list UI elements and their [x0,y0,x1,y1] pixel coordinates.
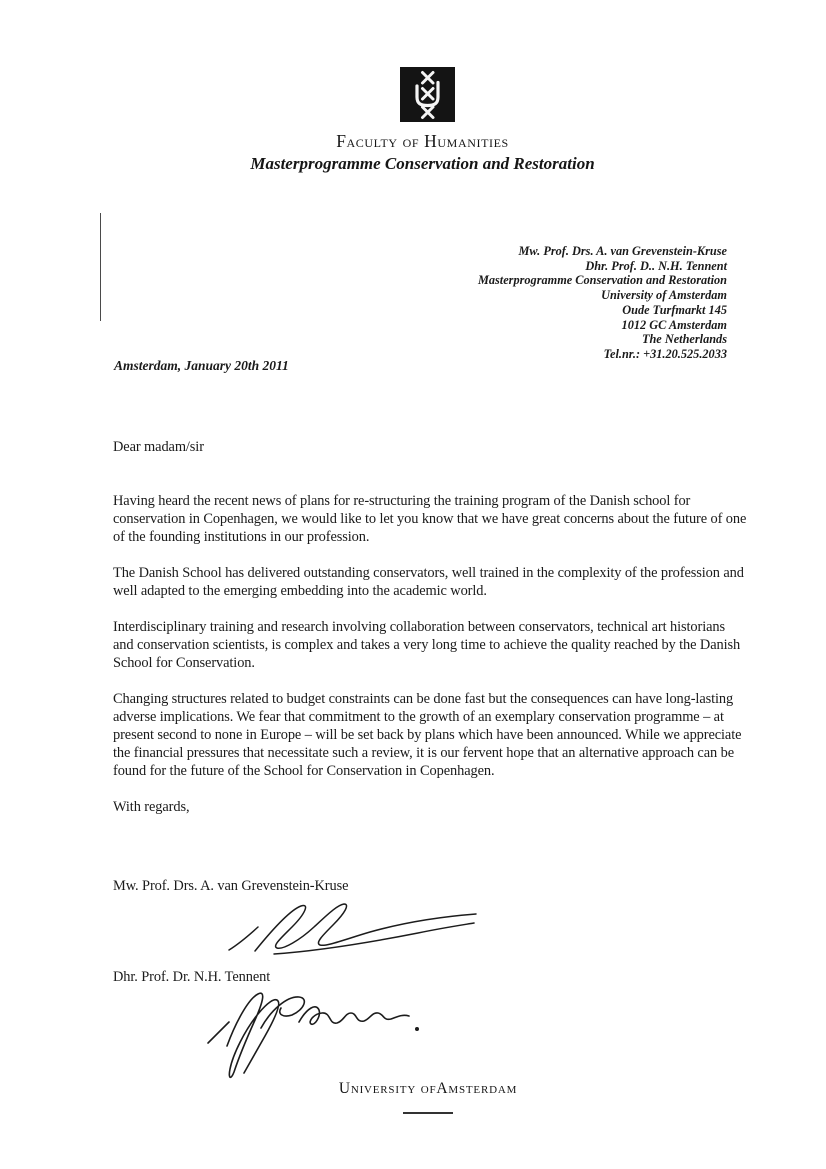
faculty-name: Faculty of Humanities [110,131,735,152]
scan-fold-line [100,213,101,321]
salutation: Dear madam/sir [113,438,747,456]
letter-body: Dear madam/sir Having heard the recent n… [113,438,747,816]
date-line: Amsterdam, January 20th 2011 [114,358,289,374]
signatory-name: Mw. Prof. Drs. A. van Grevenstein-Kruse [113,878,348,895]
recipient-line: Oude Turfmarkt 145 [478,303,727,318]
recipient-line: Tel.nr.: +31.20.525.2033 [478,347,727,362]
signature-van-grevenstein-kruse-icon [222,898,484,956]
recipient-line: Dhr. Prof. D.. N.H. Tennent [478,259,727,274]
body-paragraph: Interdisciplinary training and research … [113,618,747,672]
letterhead: Faculty of Humanities Masterprogramme Co… [110,131,735,174]
recipient-line: Masterprogramme Conservation and Restora… [478,273,727,288]
uva-three-crosses-icon [400,67,455,122]
recipient-line: 1012 GC Amsterdam [478,318,727,333]
footer-institution: University ofAmsterdam [128,1080,728,1098]
body-paragraph: Having heard the recent news of plans fo… [113,492,747,546]
footer-rule [403,1112,453,1114]
recipient-line: University of Amsterdam [478,288,727,303]
body-paragraph: The Danish School has delivered outstand… [113,564,747,600]
recipient-line: The Netherlands [478,332,727,347]
signature-tennent-icon [203,986,425,1082]
uva-logo-icon [400,67,455,122]
closing-line: With regards, [113,798,747,816]
programme-name: Masterprogramme Conservation and Restora… [110,154,735,174]
recipient-line: Mw. Prof. Drs. A. van Grevenstein-Kruse [478,244,727,259]
signatory-name: Dhr. Prof. Dr. N.H. Tennent [113,969,270,986]
letter-page: Faculty of Humanities Masterprogramme Co… [0,0,826,1169]
body-paragraph: Changing structures related to budget co… [113,690,747,780]
recipient-address-block: Mw. Prof. Drs. A. van Grevenstein-Kruse … [478,244,727,362]
